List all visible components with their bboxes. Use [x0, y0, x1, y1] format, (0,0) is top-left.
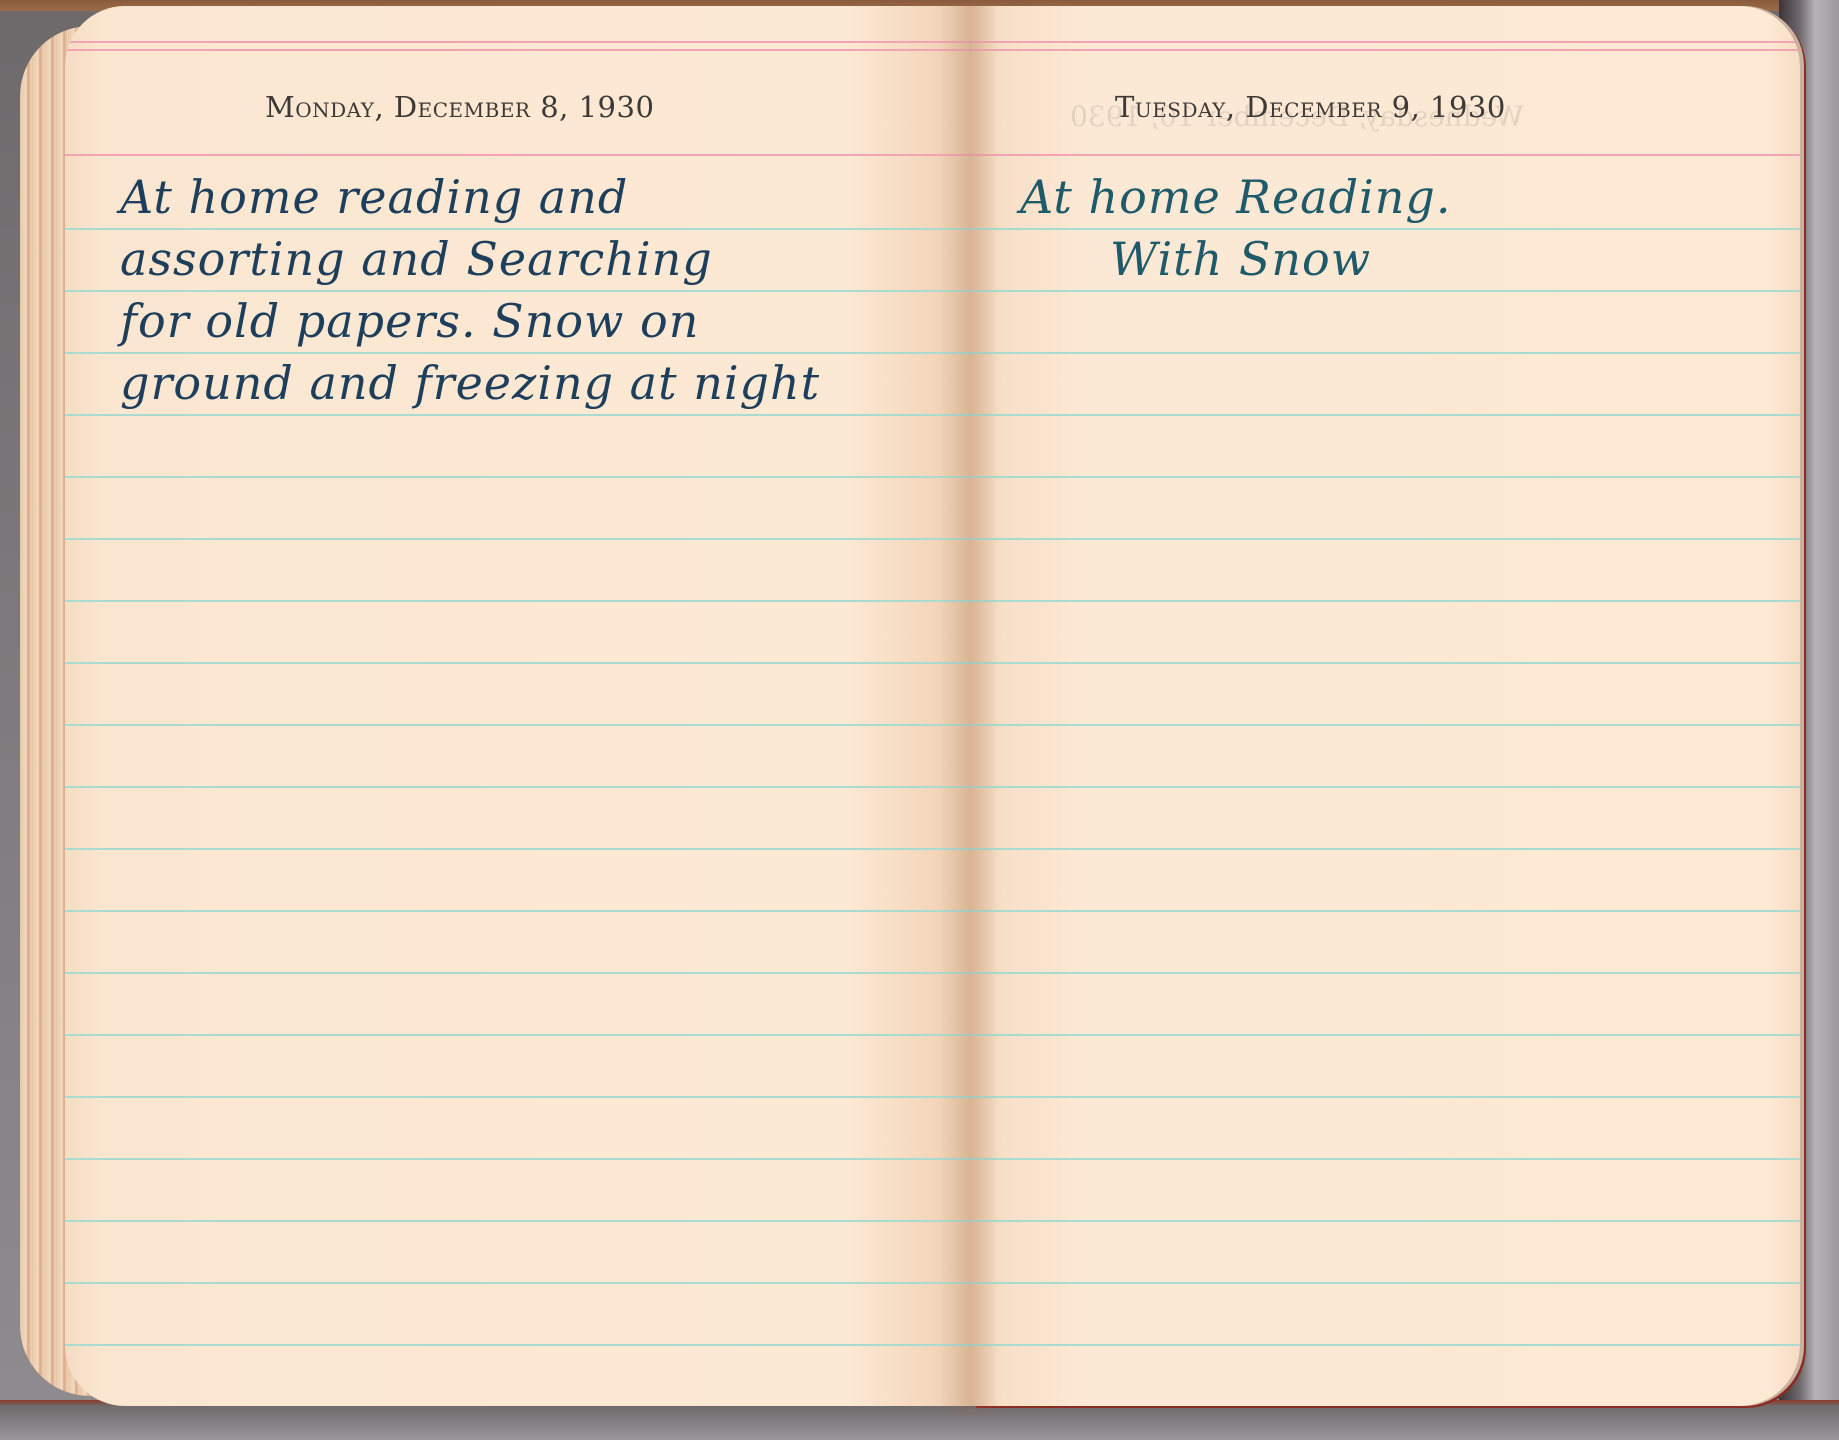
ruled-line: [970, 290, 1800, 292]
ruled-line: [65, 1096, 970, 1098]
ruled-line: [65, 1034, 970, 1036]
ruled-line: [65, 1344, 970, 1346]
ruled-line: [970, 1282, 1800, 1284]
ruled-line: [970, 1096, 1800, 1098]
ruled-line: [65, 476, 970, 478]
date-header-monday: Monday, December 8, 1930: [265, 90, 654, 124]
ruled-line: [970, 786, 1800, 788]
entry-line: At home Reading.: [1020, 166, 1451, 228]
open-diary: Monday, December 8, 1930 At home reading…: [20, 6, 1790, 1416]
ruled-line: [65, 662, 970, 664]
ruled-line: [970, 414, 1800, 416]
ruled-line: [970, 1158, 1800, 1160]
ruled-line: [65, 414, 970, 416]
date-header-tuesday: Tuesday, December 9, 1930: [1115, 90, 1506, 124]
ruled-line: [65, 600, 970, 602]
header-rule-top: [970, 41, 1800, 43]
ruled-line: [970, 1344, 1800, 1346]
ruled-line: [970, 476, 1800, 478]
right-page: Wednesday, December 10, 1930 Tuesday, De…: [970, 6, 1800, 1406]
ruled-line: [970, 352, 1800, 354]
entry-line: assorting and Searching: [120, 228, 820, 290]
header-rule-top: [65, 41, 970, 43]
ruled-line: [970, 724, 1800, 726]
ruled-line: [970, 910, 1800, 912]
ruled-line: [970, 538, 1800, 540]
ruled-line: [65, 848, 970, 850]
diary-entry-monday: At home reading and assorting and Search…: [120, 166, 820, 414]
header-rule-top-double: [970, 49, 1800, 51]
ruled-line: [65, 724, 970, 726]
left-page: Monday, December 8, 1930 At home reading…: [65, 6, 970, 1406]
header-rule-top-double: [65, 49, 970, 51]
header-rule-bottom: [65, 154, 970, 156]
diary-entry-tuesday: At home Reading. With Snow: [1020, 166, 1451, 290]
ruled-line: [970, 848, 1800, 850]
ruled-line: [970, 972, 1800, 974]
ruled-line: [970, 662, 1800, 664]
entry-line: With Snow: [1020, 228, 1451, 290]
ruled-line: [65, 1220, 970, 1222]
ruled-line: [65, 538, 970, 540]
ruled-line: [65, 910, 970, 912]
ruled-line: [970, 1034, 1800, 1036]
ruled-line: [65, 972, 970, 974]
entry-line: for old papers. Snow on: [120, 290, 820, 352]
ruled-line: [65, 1282, 970, 1284]
ruled-line: [65, 1158, 970, 1160]
ruled-line: [970, 1220, 1800, 1222]
entry-line: At home reading and: [120, 166, 820, 228]
ruled-line: [970, 600, 1800, 602]
entry-line: ground and freezing at night: [120, 352, 820, 414]
header-rule-bottom: [970, 154, 1800, 156]
ruled-line: [65, 786, 970, 788]
